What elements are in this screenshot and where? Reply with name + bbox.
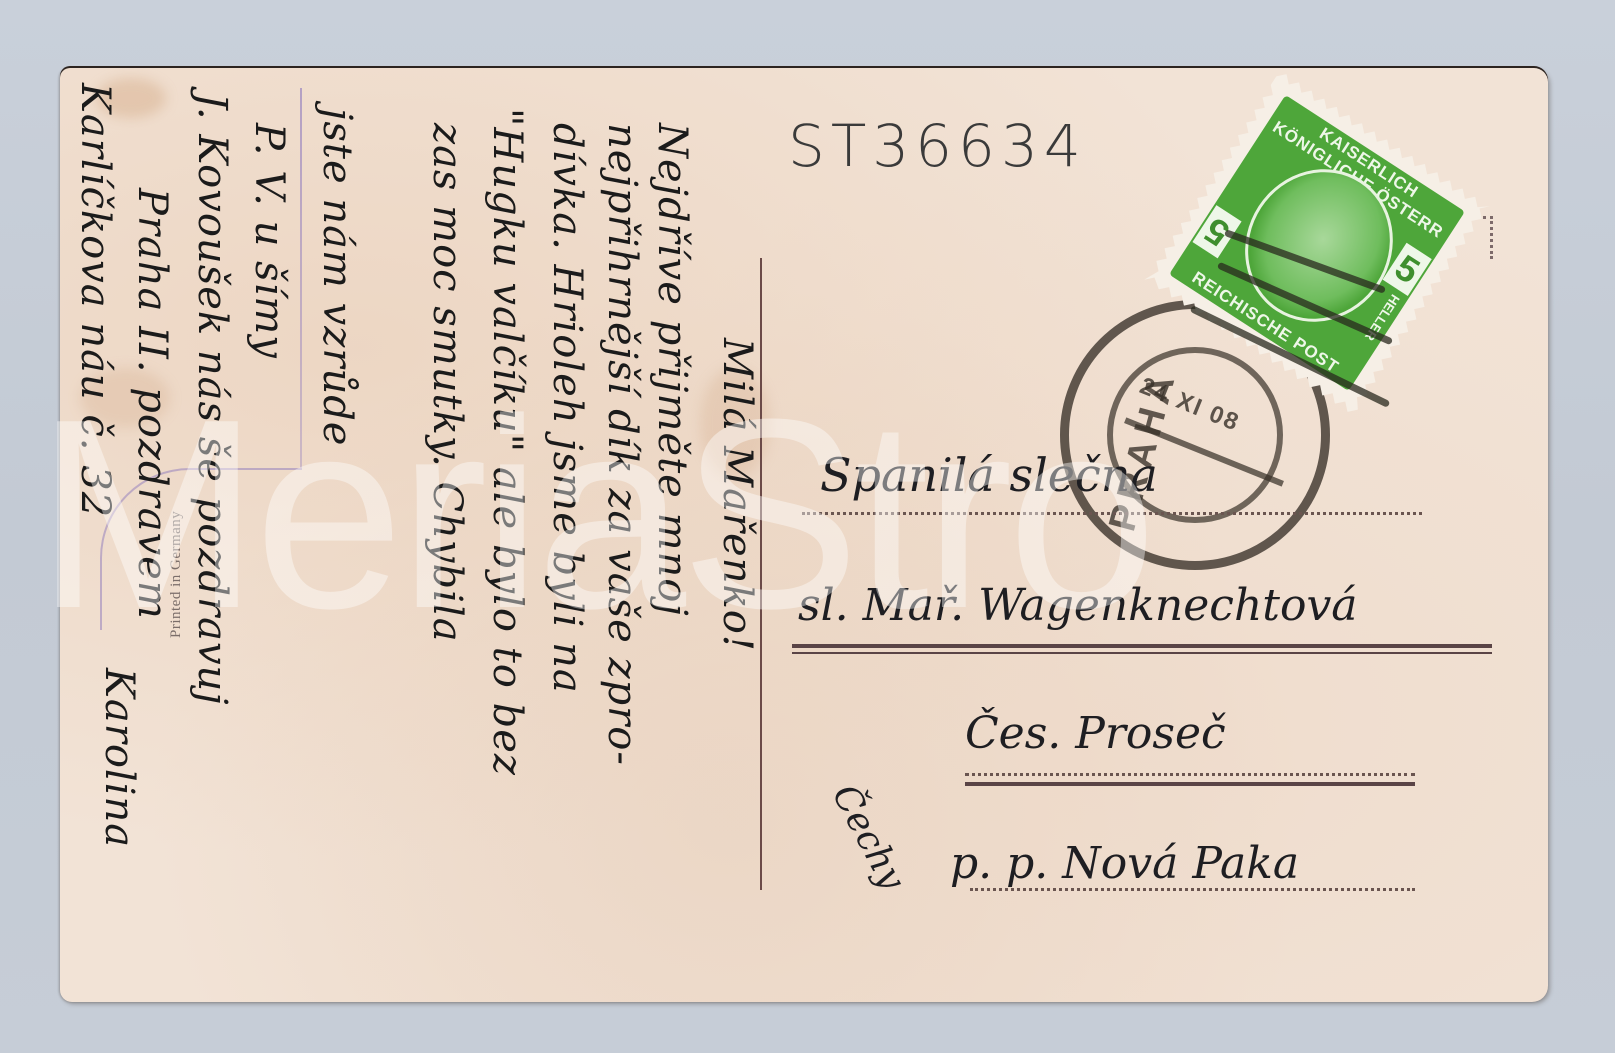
address-salutation: Spanilá slečna (820, 448, 1158, 502)
address-region: Čechy (824, 778, 913, 897)
message-line: Nejdříve přijměte mnoj (649, 123, 695, 617)
pencil-mark (300, 88, 302, 468)
message-line: Milá Mařenko! (714, 338, 760, 652)
message-line: "Hugku valčíku" ale bylo to bez (484, 108, 530, 776)
address-line-2 (792, 644, 1492, 648)
message-line: jste nám vzrůde (314, 108, 360, 446)
address-post-office: p. p. Nová Paka (950, 838, 1299, 889)
message-line: zas moc smutky. Chybila (424, 123, 470, 643)
address-line-3-dots (965, 773, 1415, 776)
signature: Karolina (96, 668, 142, 848)
divider-line (760, 258, 762, 890)
address-recipient: sl. Mař. Wagenknechtová (798, 580, 1358, 631)
message-line: P. V. u šímy (246, 123, 292, 359)
address-line-1 (802, 512, 1422, 515)
address-line-2b (792, 652, 1492, 654)
message-line: nejpřihrnější dík za vaše zpro- (599, 123, 645, 766)
message-line: dívka. Hrioleh jsme byli na (544, 123, 590, 694)
address-town: Čes. Proseč (965, 708, 1226, 759)
reference-number: ST36634 (788, 112, 1087, 180)
message-line: Karlíčkova náu č. 32 (72, 83, 118, 518)
message-line: J. Kovoušek nás še pozdravuj (189, 93, 235, 706)
address-line-3 (965, 782, 1415, 786)
postcard-back: ST36634 Milá Mařenko! Nejdříve přijměte … (60, 68, 1548, 1002)
printed-in-germany: Printed in Germany (168, 511, 185, 638)
address-line-4 (970, 888, 1415, 891)
